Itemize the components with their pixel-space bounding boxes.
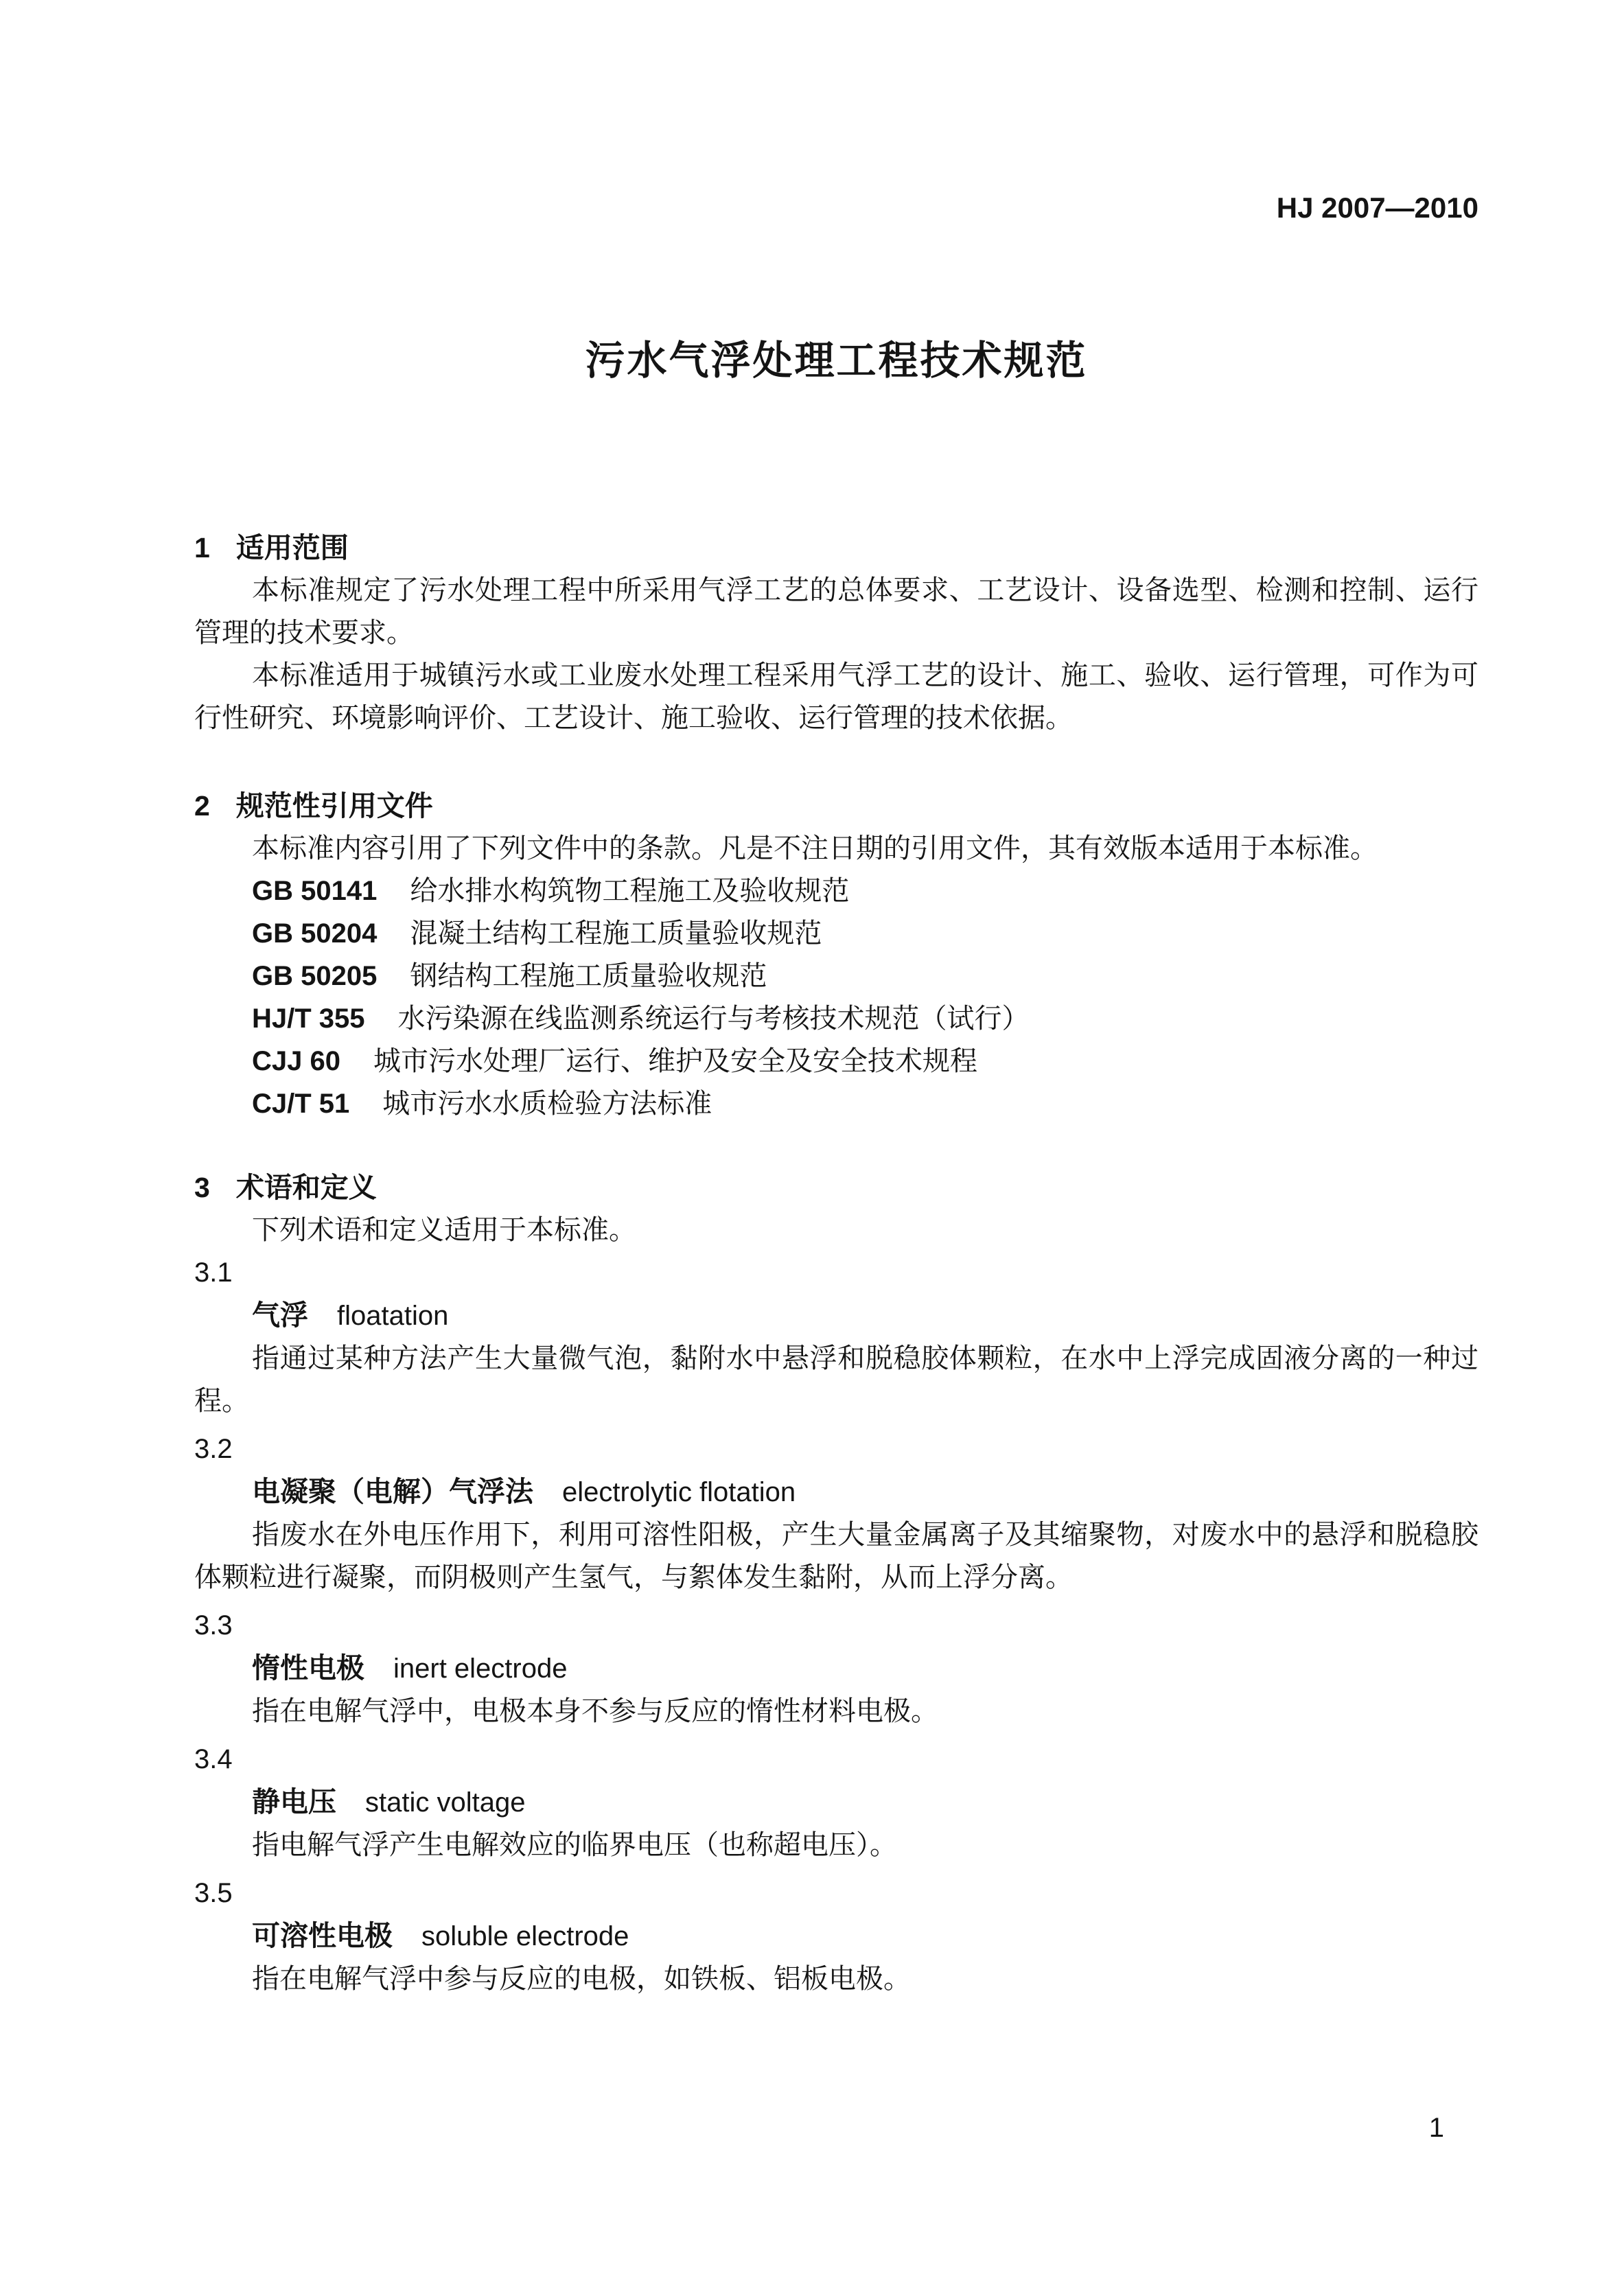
reference-title: 混凝土结构工程施工质量验收规范 (410, 918, 822, 949)
definition-term-en: soluble electrode (421, 1921, 629, 1951)
definition-term-en: electrolytic flotation (562, 1477, 796, 1507)
definition-term-zh: 惰性电极 (252, 1652, 364, 1684)
doc-title: 污水气浮处理工程技术规范 (194, 336, 1478, 386)
definition-body: 指废水在外电压作用下，利用可溶性阳极，产生大量金属离子及其缩聚物，对废水中的悬浮… (194, 1514, 1478, 1599)
definition-term: 可溶性电极soluble electrode (194, 1914, 1478, 1958)
definition-term-zh: 气浮 (252, 1299, 308, 1331)
definition-term: 气浮floatation (194, 1294, 1478, 1337)
definition-term: 静电压static voltage (194, 1781, 1478, 1824)
definition-term-zh: 可溶性电极 (252, 1920, 393, 1951)
section-1-heading-text: 适用范围 (236, 532, 349, 564)
reference-title: 城市污水处理厂运行、维护及安全及安全技术规程 (373, 1045, 977, 1076)
definition-term-en: floatation (337, 1301, 448, 1331)
definition-body: 指在电解气浮中，电极本身不参与反应的惰性材料电极。 (194, 1690, 1478, 1732)
reference-title: 水污染源在线监测系统运行与考核技术规范（试行） (398, 1003, 1030, 1034)
reference-code: GB 50141 (252, 876, 377, 906)
definition-term-en: inert electrode (393, 1654, 567, 1684)
definition-number: 3.4 (194, 1738, 1478, 1781)
reference-code: CJ/T 51 (252, 1089, 349, 1119)
section-1-heading-number: 1 (194, 532, 210, 564)
definition-number: 3.2 (194, 1428, 1478, 1470)
definition-term-zh: 电凝聚（电解）气浮法 (252, 1476, 533, 1507)
definition-term-en: static voltage (365, 1787, 525, 1818)
reference-row: GB 50141给水排水构筑物工程施工及验收规范 (194, 870, 1478, 912)
reference-title: 钢结构工程施工质量验收规范 (410, 960, 767, 991)
reference-row: CJJ 60城市污水处理厂运行、维护及安全及安全技术规程 (194, 1040, 1478, 1082)
reference-code: GB 50205 (252, 961, 377, 991)
reference-code: HJ/T 355 (252, 1004, 365, 1034)
section-2-paragraph-1: 本标准内容引用了下列文件中的条款。凡是不注日期的引用文件，其有效版本适用于本标准… (194, 827, 1478, 870)
definition-body: 指在电解气浮中参与反应的电极，如铁板、铝板电极。 (194, 1958, 1478, 2000)
section-1-paragraph-2: 本标准适用于城镇污水或工业废水处理工程采用气浮工艺的设计、施工、验收、运行管理，… (194, 654, 1478, 739)
definition-term-zh: 静电压 (252, 1786, 336, 1818)
reference-row: CJ/T 51城市污水水质检验方法标准 (194, 1082, 1478, 1125)
section-3-heading-number: 3 (194, 1172, 210, 1203)
section-2-heading-number: 2 (194, 790, 210, 822)
definition-number: 3.5 (194, 1872, 1478, 1914)
section-2-heading: 2规范性引用文件 (194, 785, 1478, 827)
section-3-paragraph-1: 下列术语和定义适用于本标准。 (194, 1209, 1478, 1251)
definition-number: 3.1 (194, 1251, 1478, 1294)
reference-row: HJ/T 355水污染源在线监测系统运行与考核技术规范（试行） (194, 997, 1478, 1040)
reference-title: 城市污水水质检验方法标准 (382, 1088, 712, 1119)
section-3-heading-text: 术语和定义 (236, 1172, 377, 1203)
section-3-heading: 3术语和定义 (194, 1166, 1478, 1209)
page-number: 1 (1429, 2114, 1444, 2142)
reference-code: GB 50204 (252, 918, 377, 949)
reference-row: GB 50204混凝土结构工程施工质量验收规范 (194, 912, 1478, 955)
definition-body: 指电解气浮产生电解效应的临界电压（也称超电压）。 (194, 1824, 1478, 1866)
definition-term: 电凝聚（电解）气浮法electrolytic flotation (194, 1470, 1478, 1514)
reference-title: 给水排水构筑物工程施工及验收规范 (410, 875, 849, 906)
reference-row: GB 50205钢结构工程施工质量验收规范 (194, 955, 1478, 997)
section-2-heading-text: 规范性引用文件 (236, 790, 433, 822)
reference-code: CJJ 60 (252, 1046, 340, 1076)
definition-term: 惰性电极inert electrode (194, 1647, 1478, 1690)
section-1-paragraph-1: 本标准规定了污水处理工程中所采用气浮工艺的总体要求、工艺设计、设备选型、检测和控… (194, 569, 1478, 654)
definition-body: 指通过某种方法产生大量微气泡，黏附水中悬浮和脱稳胶体颗粒，在水中上浮完成固液分离… (194, 1337, 1478, 1422)
section-1-heading: 1适用范围 (194, 526, 1478, 569)
doc-number: HJ 2007—2010 (194, 187, 1478, 229)
document-page: HJ 2007—2010 污水气浮处理工程技术规范 1适用范围 本标准规定了污水… (0, 0, 1624, 2296)
definition-number: 3.3 (194, 1604, 1478, 1647)
